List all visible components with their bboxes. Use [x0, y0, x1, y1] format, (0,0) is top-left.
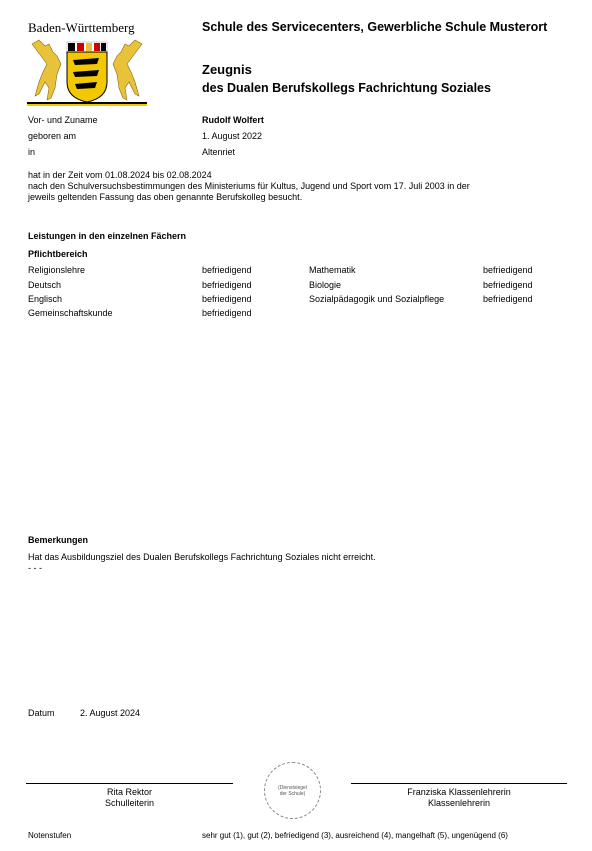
- subject-grade: befriedigend: [483, 280, 533, 290]
- birthplace-label: in: [28, 147, 35, 157]
- signature-line-left: [26, 783, 233, 784]
- birthdate-label: geboren am: [28, 131, 76, 141]
- date-value: 2. August 2024: [80, 708, 140, 718]
- remarks-text: Hat das Ausbildungsziel des Dualen Beruf…: [28, 552, 376, 562]
- intro-line-2: nach den Schulversuchsbestimmungen des M…: [28, 181, 470, 191]
- birthplace-value: Altenriet: [202, 147, 235, 157]
- school-seal: (Dienstsiegel der Schule): [264, 762, 321, 819]
- name-label: Vor- und Zuname: [28, 115, 98, 125]
- subject-grade: befriedigend: [202, 308, 252, 318]
- subject-name: Deutsch: [28, 280, 61, 290]
- document-subtitle: des Dualen Berufskollegs Fachrichtung So…: [202, 81, 491, 95]
- subject-grade: befriedigend: [202, 280, 252, 290]
- principal-role: Schulleiterin: [26, 798, 233, 809]
- school-name: Schule des Servicecenters, Gewerbliche S…: [202, 20, 562, 35]
- grade-scale-label: Notenstufen: [28, 831, 71, 840]
- coat-of-arms-icon: [27, 38, 147, 106]
- student-name: Rudolf Wolfert: [202, 115, 264, 125]
- subject-name: Biologie: [309, 280, 341, 290]
- subject-name: Gemeinschaftskunde: [28, 308, 113, 318]
- subject-name: Sozialpädagogik und Sozialpflege: [309, 294, 444, 304]
- signature-right: Franziska Klassenlehrerin Klassenlehreri…: [351, 787, 567, 809]
- birthdate-value: 1. August 2022: [202, 131, 262, 141]
- seal-text: (Dienstsiegel der Schule): [275, 785, 311, 797]
- subject-grade: befriedigend: [483, 294, 533, 304]
- subject-name: Mathematik: [309, 265, 356, 275]
- teacher-name: Franziska Klassenlehrerin: [351, 787, 567, 798]
- grades-heading: Leistungen in den einzelnen Fächern: [28, 231, 186, 241]
- principal-name: Rita Rektor: [26, 787, 233, 798]
- signature-left: Rita Rektor Schulleiterin: [26, 787, 233, 809]
- subject-grade: befriedigend: [202, 294, 252, 304]
- signature-line-right: [351, 783, 567, 784]
- remarks-filler: - - -: [28, 563, 42, 573]
- intro-line-1: hat in der Zeit vom 01.08.2024 bis 02.08…: [28, 170, 212, 180]
- grades-section: Pflichtbereich: [28, 249, 88, 259]
- subject-grade: befriedigend: [202, 265, 252, 275]
- intro-line-3: jeweils geltenden Fassung das oben genan…: [28, 192, 302, 202]
- state-name: Baden-Württemberg: [28, 20, 135, 36]
- document-title: Zeugnis: [202, 62, 252, 77]
- grade-scale: sehr gut (1), gut (2), befriedigend (3),…: [202, 831, 508, 840]
- subject-name: Englisch: [28, 294, 62, 304]
- subject-name: Religionslehre: [28, 265, 85, 275]
- remarks-heading: Bemerkungen: [28, 535, 88, 545]
- teacher-role: Klassenlehrerin: [351, 798, 567, 809]
- date-label: Datum: [28, 708, 55, 718]
- subject-grade: befriedigend: [483, 265, 533, 275]
